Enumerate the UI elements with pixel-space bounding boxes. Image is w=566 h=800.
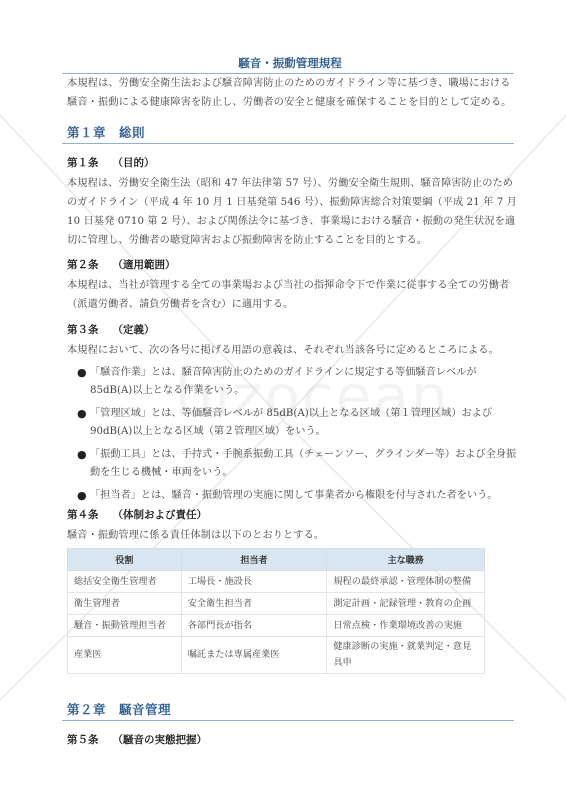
chapter-2-divider [62, 720, 514, 721]
table-row: 騒音・振動管理担当者 各部門長が指名 日常点検・作業環境改善の実施 [68, 615, 485, 637]
article-2-title: （適用範囲） [113, 259, 176, 271]
article-1-number: 第１条 [67, 157, 99, 169]
column-header-role: 役割 [68, 549, 182, 571]
article-1-title: （目的） [113, 157, 155, 169]
article-4-title: （体制および責任） [113, 509, 208, 521]
definition-text: 「管理区域」とは、等価騒音レベルが 85dB(A)以上となる区域（第１管理区域）… [90, 408, 492, 437]
document-title: 騒音・振動管理規程 [67, 55, 513, 71]
bullet-icon: ● [77, 364, 87, 382]
table-cell: 規程の最終承認・管理体制の整備 [327, 571, 485, 593]
table-row: 総括安全衛生管理者 工場長・施設長 規程の最終承認・管理体制の整備 [68, 571, 485, 593]
article-1-text: 本規程は、労働安全衛生法（昭和 47 年法律第 57 号）、労働安全衛生規則、騒… [67, 174, 517, 250]
article-5-title: （騒音の実態把握） [113, 734, 208, 746]
article-3-title: （定義） [113, 324, 155, 336]
table-cell: 各部門長が指名 [181, 615, 327, 637]
article-2-text: 本規程は、当社が管理する全ての事業場および当社の指揮命令下で作業に従事する全ての… [67, 276, 517, 314]
article-4-heading: 第４条（体制および責任） [67, 507, 207, 522]
definition-item: ● 「騒音作業」とは、騒音障害防止のためのガイドラインに規定する等価騒音レベルが… [77, 364, 517, 400]
article-5-heading: 第５条（騒音の実態把握） [67, 732, 207, 747]
article-3-number: 第３条 [67, 324, 99, 336]
bullet-icon: ● [77, 446, 87, 464]
intro-paragraph: 本規程は、労働安全衛生法および騒音障害防止のためのガイドライン等に基づき、職場に… [67, 74, 517, 112]
article-2-number: 第２条 [67, 259, 99, 271]
definition-item: ● 「管理区域」とは、等価騒音レベルが 85dB(A)以上となる区域（第１管理区… [77, 405, 517, 441]
table-header-row: 役割 担当者 主な職務 [68, 549, 485, 571]
responsibility-table: 役割 担当者 主な職務 総括安全衛生管理者 工場長・施設長 規程の最終承認・管理… [67, 548, 485, 674]
table-cell: 衛生管理者 [68, 593, 182, 615]
table-cell: 工場長・施設長 [181, 571, 327, 593]
column-header-duties: 主な職務 [327, 549, 485, 571]
table-cell: 騒音・振動管理担当者 [68, 615, 182, 637]
chapter-1-divider [62, 143, 514, 144]
article-5-number: 第５条 [67, 734, 99, 746]
chapter-1-heading: 第１章 総則 [67, 123, 145, 141]
table-cell: 嘱託または専属産業医 [181, 637, 327, 674]
definition-text: 「騒音作業」とは、騒音障害防止のためのガイドラインに規定する等価騒音レベルが 8… [90, 367, 477, 396]
table-cell: 産業医 [68, 637, 182, 674]
column-header-person: 担当者 [181, 549, 327, 571]
table-row: 衛生管理者 安全衛生担当者 測定計画・記録管理・教育の企画 [68, 593, 485, 615]
chapter-2-heading: 第２章 騒音管理 [67, 700, 171, 718]
definition-list: ● 「騒音作業」とは、騒音障害防止のためのガイドラインに規定する等価騒音レベルが… [77, 364, 517, 510]
article-3-heading: 第３条（定義） [67, 322, 155, 337]
definition-item: ● 「振動工具」とは、手持式・手腕系振動工具（チェーンソー、グラインダー等）およ… [77, 446, 517, 482]
article-2-heading: 第２条（適用範囲） [67, 257, 176, 272]
table-cell: 安全衛生担当者 [181, 593, 327, 615]
article-4-text: 騒音・振動管理に係る責任体制は以下のとおりとする。 [67, 526, 517, 545]
table-row: 産業医 嘱託または専属産業医 健康診断の実施・就業判定・意見具申 [68, 637, 485, 674]
table-cell: 測定計画・記録管理・教育の企画 [327, 593, 485, 615]
article-3-text: 本規程において、次の各号に掲げる用語の意義は、それぞれ当該各号に定めるところによ… [67, 341, 517, 360]
definition-text: 「振動工具」とは、手持式・手腕系振動工具（チェーンソー、グラインダー等）および全… [90, 449, 516, 478]
definition-text: 「担当者」とは、騒音・振動管理の実施に関して事業者から権限を付与された者をいう。 [90, 490, 498, 501]
bullet-icon: ● [77, 405, 87, 423]
article-4-number: 第４条 [67, 509, 99, 521]
definition-item: ● 「担当者」とは、騒音・振動管理の実施に関して事業者から権限を付与された者をい… [77, 487, 517, 505]
table-cell: 日常点検・作業環境改善の実施 [327, 615, 485, 637]
table-cell: 総括安全衛生管理者 [68, 571, 182, 593]
bullet-icon: ● [77, 487, 87, 505]
article-1-heading: 第１条（目的） [67, 155, 155, 170]
table-cell: 健康診断の実施・就業判定・意見具申 [327, 637, 485, 674]
